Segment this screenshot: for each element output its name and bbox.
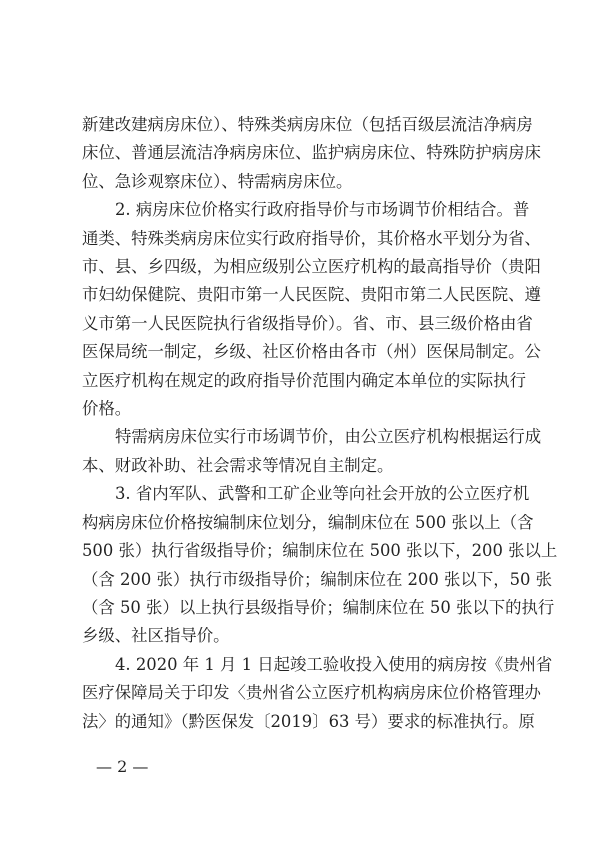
text-line: 3. 省内军队、武警和工矿企业等向社会开放的公立医疗机 [82,480,526,508]
text-line: 市妇幼保健院、贵阳市第一人民医院、贵阳市第二人民医院、遵 [82,281,526,309]
text-line: 特需病房床位实行市场调节价，由公立医疗机构根据运行成 [82,423,526,451]
text-line: 新建改建病房床位）、特殊类病房床位（包括百级层流洁净病房 [82,111,526,139]
document-body: 新建改建病房床位）、特殊类病房床位（包括百级层流洁净病房 床位、普通层流洁净病房… [82,111,526,736]
paragraph-bed-categories: 新建改建病房床位）、特殊类病房床位（包括百级层流洁净病房 床位、普通层流洁净病房… [82,111,526,196]
text-line: 2. 病房床位价格实行政府指导价与市场调节价相结合。普 [82,196,526,224]
text-line: 本、财政补助、社会需求等情况自主制定。 [82,452,526,480]
text-line: 义市第一人民医院执行省级指导价）。省、市、县三级价格由省 [82,310,526,338]
text-line: （含 200 张）执行市级指导价；编制床位在 200 张以下，50 张 [82,566,526,594]
paragraph-item-2: 2. 病房床位价格实行政府指导价与市场调节价相结合。普 通类、特殊类病房床位实行… [82,196,526,423]
text-line: 构病房床位价格按编制床位划分，编制床位在 500 张以上（含 [82,509,526,537]
page-number: — 2 — [96,757,148,776]
text-line: 通类、特殊类病房床位实行政府指导价，其价格水平划分为省、 [82,225,526,253]
paragraph-item-4: 4. 2020 年 1 月 1 日起竣工验收投入使用的病房按《贵州省 医疗保障局… [82,651,526,736]
text-line: 市、县、乡四级，为相应级别公立医疗机构的最高指导价（贵阳 [82,253,526,281]
paragraph-special-needs: 特需病房床位实行市场调节价，由公立医疗机构根据运行成 本、财政补助、社会需求等情… [82,423,526,480]
text-line: 4. 2020 年 1 月 1 日起竣工验收投入使用的病房按《贵州省 [82,651,526,679]
text-line: 医疗保障局关于印发〈贵州省公立医疗机构病房床位价格管理办 [82,679,526,707]
text-line: （含 50 张）以上执行县级指导价；编制床位在 50 张以下的执行 [82,594,526,622]
text-line: 500 张）执行省级指导价；编制床位在 500 张以下，200 张以上 [82,537,526,565]
paragraph-item-3: 3. 省内军队、武警和工矿企业等向社会开放的公立医疗机 构病房床位价格按编制床位… [82,480,526,650]
text-line: 乡级、社区指导价。 [82,622,526,650]
text-line: 立医疗机构在规定的政府指导价范围内确定本单位的实际执行 [82,367,526,395]
text-line: 法〉的通知》（黔医保发〔2019〕63 号）要求的标准执行。原 [82,708,526,736]
text-line: 价格。 [82,395,526,423]
text-line: 床位、普通层流洁净病房床位、监护病房床位、特殊防护病房床 [82,139,526,167]
text-line: 位、急诊观察床位）、特需病房床位。 [82,168,526,196]
text-line: 医保局统一制定，乡级、社区价格由各市（州）医保局制定。公 [82,338,526,366]
